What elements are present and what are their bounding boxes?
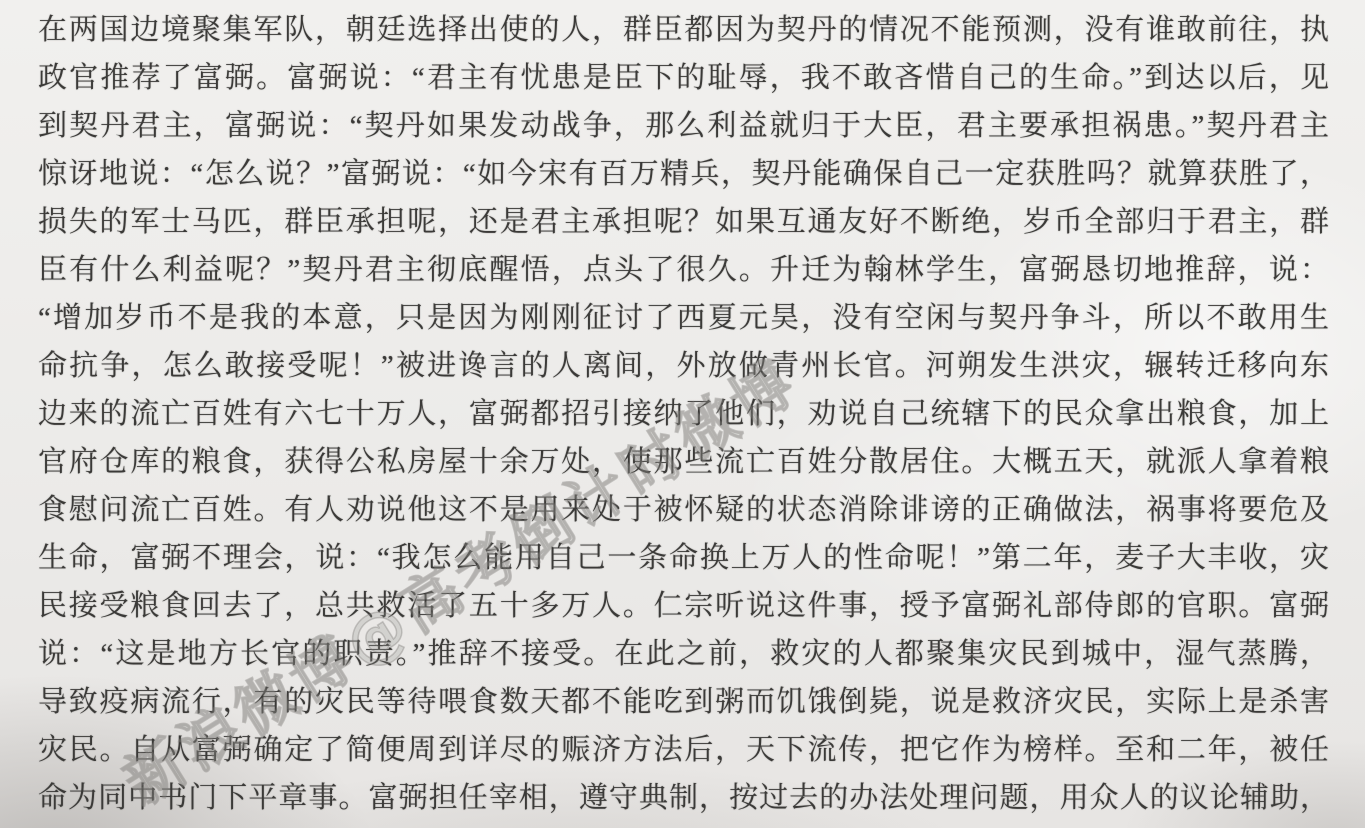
text-line: 命抗争，怎么敢接受呢！”被进谗言的人离间，外放做青州长官。河朔发生洪灾，辗转迁移… [38,342,1329,390]
document-page: 在两国边境聚集军队，朝廷选择出使的人，群臣都因为契丹的情况不能预测，没有谁敢前往… [0,0,1365,828]
text-line: 臣有什么利益呢？”契丹君主彻底醒悟，点头了很久。升迁为翰林学生，富弼恳切地推辞，… [38,246,1329,294]
text-line: 边来的流亡百姓有六七十万人，富弼都招引接纳了他们，劝说自己统辖下的民众拿出粮食，… [38,390,1329,438]
text-line: 在两国边境聚集军队，朝廷选择出使的人，群臣都因为契丹的情况不能预测，没有谁敢前往… [38,6,1329,54]
text-line: 政官推荐了富弼。富弼说：“君主有忧患是臣下的耻辱，我不敢吝惜自己的生命。”到达以… [38,54,1329,102]
text-line: 灾民。自从富弼确定了简便周到详尽的赈济方法后，天下流传，把它作为榜样。至和二年，… [38,726,1329,774]
text-line: 说：“这是地方长官的职责。”推辞不接受。在此之前，救灾的人都聚集灾民到城中，湿气… [38,630,1329,678]
text-line: “增加岁币不是我的本意，只是因为刚刚征讨了西夏元昊，没有空闲与契丹争斗，所以不敢… [38,294,1329,342]
text-line: 到契丹君主，富弼说：“契丹如果发动战争，那么利益就归于大臣，君主要承担祸患。”契… [38,102,1329,150]
text-block: 在两国边境聚集军队，朝廷选择出使的人，群臣都因为契丹的情况不能预测，没有谁敢前往… [38,6,1329,822]
text-line: 命为同中书门下平章事。富弼担任宰相，遵守典制，按过去的办法处理问题，用众人的议论… [38,774,1329,822]
text-line: 惊讶地说：“怎么说？”富弼说：“如今宋有百万精兵，契丹能确保自己一定获胜吗？就算… [38,150,1329,198]
text-line: 官府仓库的粮食，获得公私房屋十余万处，使那些流亡百姓分散居住。大概五天，就派人拿… [38,438,1329,486]
text-line: 导致疫病流行，有的灾民等待喂食数天都不能吃到粥而饥饿倒毙，说是救济灾民，实际上是… [38,678,1329,726]
text-line: 损失的军士马匹，群臣承担呢，还是君主承担呢？如果互通友好不断绝，岁币全部归于君主… [38,198,1329,246]
text-line: 食慰问流亡百姓。有人劝说他这不是用来处于被怀疑的状态消除诽谤的正确做法，祸事将要… [38,486,1329,534]
text-line: 生命，富弼不理会，说：“我怎么能用自己一条命换上万人的性命呢！”第二年，麦子大丰… [38,534,1329,582]
text-line: 民接受粮食回去了，总共救活了五十多万人。仁宗听说这件事，授予富弼礼部侍郎的官职。… [38,582,1329,630]
